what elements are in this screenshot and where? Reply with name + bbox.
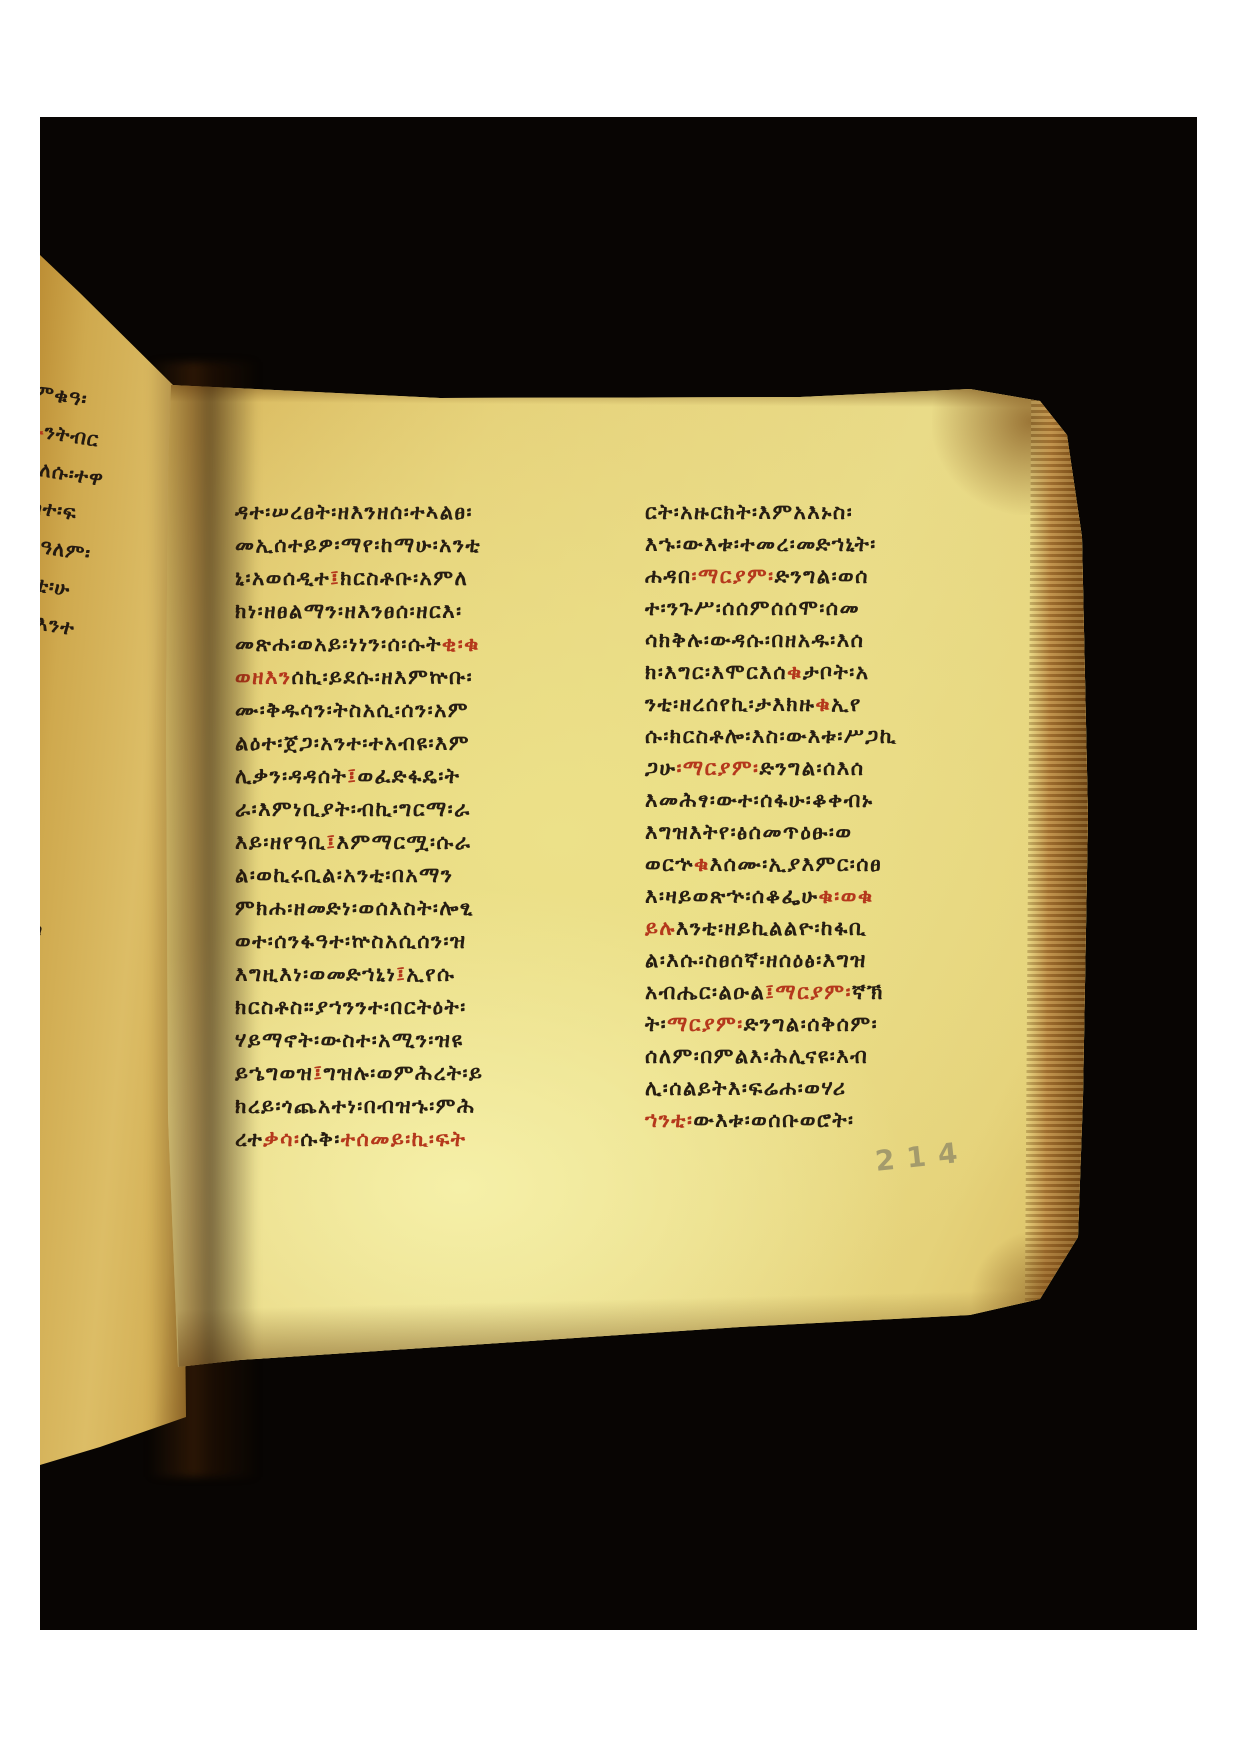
rubricated-text: ቁ: [815, 692, 831, 716]
text-line: ሃይማኖት፡ውስተ፡አሚን፡ዝዩ: [235, 1025, 597, 1058]
text-line: ሐዳበ፡ማርያም፡ድንግል፡ወሰ: [645, 561, 1065, 593]
text-line: ተ፡ንጉሥ፡ሰሰምሰሰሞ፡ሰመ: [645, 593, 1065, 625]
text-segment: ክነ፡ዘፀልማን፡ዘእንፀሰ፡ዘርእ፡: [235, 599, 463, 623]
text-segment: ኢየሱ: [406, 962, 455, 986]
text-segment: ክርስቶስ።ያኀንንተ፡በርትዕት፡: [235, 995, 467, 1019]
text-segment: ክርስቶቡ፡አምለ: [340, 566, 468, 590]
text-segment: ክረይ፡ጎጨአተነ፡በብዝኁ፡ምሕ: [235, 1094, 476, 1118]
text-line: እኁ፡ውእቱ፡ተመረ፡መድኀኒት፡: [645, 529, 1065, 561]
text-line: ጋሁ፡ማርያም፡ድንግል፡ሰእሰ: [645, 753, 1065, 785]
text-line: ወዘእንሰኪ፡ይደሱ፡ዘእምኵቡ፡: [235, 662, 597, 695]
text-segment: ንቲ፡ዘረሰየኪ፡ታእክዙ: [645, 692, 815, 716]
text-line: እመሕፃ፡ውተ፡ሰፋሁ፡ቆቀብኑ: [645, 785, 1065, 817]
text-segment: ሱ፡ዘይሰራ: [40, 676, 43, 712]
manuscript-photo: ወበምቁዓ፡ሰእላፉንትብር፡ወቈለሱ፡ተዋረን፡ውስተ፡ፍሥጢረ፡ዓለም፡ወዘ…: [40, 117, 1197, 1630]
text-line: እግዝእትየ፡ፅሰመጥዕፁ፡ወ: [645, 817, 1065, 849]
rubricated-text: ፤: [313, 1061, 323, 1085]
text-segment: መጽሐ፡ወአይ፡ነነን፡ሰ፡ሱት: [235, 632, 442, 656]
text-line: ሙ፡ቅዱሳን፡ትስአሲ፡ሰን፡አም: [235, 695, 597, 728]
rubricated-text: ፤: [396, 962, 406, 986]
text-line: አብሔር፡ልዑል፤ማርያም፡ኛኽ: [645, 977, 1065, 1009]
bottom-right-corner-stain: [970, 1227, 1100, 1327]
text-segment: እመሕፃ፡ውተ፡ሰፋሁ፡ቆቀብኑ: [645, 788, 874, 812]
text-segment: ኛኽ: [852, 980, 884, 1004]
text-line: ክረይ፡ጎጨአተነ፡በብዝኁ፡ምሕ: [235, 1091, 597, 1124]
text-segment: ል፡እሱ፡ስፀሰኛ፡ዘሰዕፅ፡እግዝ: [645, 948, 867, 972]
text-column-right: ርት፡አዙርክት፡እምአእኑስ፡እኁ፡ውእቱ፡ተመረ፡መድኀኒት፡ሐዳበ፡ማርያ…: [645, 497, 1065, 1137]
text-line: ል፡እሱ፡ስፀሰኛ፡ዘሰዕፅ፡እግዝ: [645, 945, 1065, 977]
text-line: መኢሰተይዎ፡ማየ፡ከማሁ፡አንቲ: [235, 530, 597, 563]
text-segment: ወተ፡ሰንፋዓተ፡ኵስአሲሰን፡ዝ: [235, 929, 467, 953]
text-segment: ቦ: [40, 917, 45, 943]
text-segment: እግዝእትየ፡ፅሰመጥዕፁ፡ወ: [645, 820, 852, 844]
rubricated-text: ፡ማርያም፡: [676, 756, 759, 780]
text-segment: ወርኍ: [645, 852, 694, 876]
text-segment: ውእቱ፡ወሰቡወሮት፡: [693, 1108, 854, 1132]
text-segment: ሰኪ፡ይደሱ፡ዘእምኵቡ፡: [292, 665, 474, 689]
text-segment: ሊ፡ሰልይትእ፡ፍሬሐ፡ወሃሪ: [645, 1076, 847, 1100]
text-line: ይሉእንቲ፡ዘይኪልልዮ፡ከፋቢ: [645, 913, 1065, 945]
text-line: ወተ፡ሰንፋዓተ፡ኵስአሲሰን፡ዝ: [235, 926, 597, 959]
text-segment: አብሔር፡ልዑል: [645, 980, 765, 1004]
text-segment: ተ፡ንጉሥ፡ሰሰምሰሰሞ፡ሰመ: [645, 596, 860, 620]
text-line: ኒ፡አወሰዲተ፤ክርስቶቡ፡አምለ: [235, 563, 597, 596]
text-line: ክርስቶስ።ያኀንንተ፡በርትዕት፡: [235, 992, 597, 1025]
text-line: ት፡ማርያም፡ድንግል፡ሰቅሰም፡: [645, 1009, 1065, 1041]
text-segment: ታቦት፡አ: [803, 660, 870, 684]
text-line: ል፡ወኪሩቢል፡አንቲ፡በአማን: [235, 860, 597, 893]
text-segment: ልዕተ፡ጀጋ፡አንተ፡ተአብዩ፡እም: [235, 731, 470, 755]
rubricated-text: ቁ፡ወቁ: [818, 884, 873, 908]
text-segment: ኢየ: [831, 692, 862, 716]
rubricated-text: ፤ማርያም፡: [765, 980, 852, 1004]
rubricated-text: ኀንቲ፡: [645, 1108, 693, 1132]
gutter-shadow: [148, 362, 258, 1477]
rubricated-text: ተሰመይ፡ኪ፡ፍት: [341, 1127, 467, 1151]
text-line: ረተቃሳ፡ሱቅ፡ተሰመይ፡ኪ፡ፍት: [235, 1124, 597, 1157]
text-segment: ት፡: [645, 1012, 667, 1036]
text-segment: ጋሁ: [645, 756, 676, 780]
text-segment: ንቲ፡ሁ: [40, 570, 72, 601]
text-line: ሱ፡ክርስቶሎ፡እስ፡ውእቱ፡ሥጋኪ: [645, 721, 1065, 753]
text-segment: ል፡ወኪሩቢል፡አንቲ፡በአማን: [235, 863, 453, 887]
text-segment: መኢሰተይዎ፡ማየ፡ከማሁ፡አንቲ: [235, 533, 481, 557]
text-line: ክ፡እግር፡እሞርእሰቁታቦት፡አ: [645, 657, 1065, 689]
text-segment: እ፡ዛይወጽኍ፡ሰቆፌሁ: [645, 884, 818, 908]
text-segment: ንትብር: [43, 419, 101, 451]
text-segment: ግዝሉ፡ወምሕረት፡ይ: [324, 1061, 484, 1085]
text-line: ክነ፡ዘፀልማን፡ዘእንፀሰ፡ዘርእ፡: [235, 596, 597, 629]
text-line: እይ፡ዘየዓቢ፤እምማርሟ፡ሱራ: [235, 827, 597, 860]
rubricated-text: ፤: [326, 830, 336, 854]
text-segment: ራ፡እምነቢያት፡ብኪ፡ግርማ፡ራ: [235, 797, 471, 821]
text-segment: ሃይማኖት፡ውስተ፡አሚን፡ዝዩ: [235, 1028, 463, 1052]
text-segment: እግዚእነ፡ወመድኀኒነ: [235, 962, 396, 986]
text-segment: ሙ፡ቅዱሳን፡ትስአሲ፡ሰን፡አም: [235, 698, 469, 722]
text-line: ርት፡አዙርክት፡እምአእኑስ፡: [645, 497, 1065, 529]
text-segment: ምክሐ፡ዘመድነ፡ወሰእስት፡ሎፂ: [235, 896, 474, 920]
text-segment: ክ፡እግር፡እሞርእሰ: [645, 660, 787, 684]
text-segment: ሳክቅሉ፡ውዳሱ፡በዘአዱ፡እሰ: [645, 628, 865, 652]
text-segment: ወበምቁዓ፡: [40, 375, 89, 411]
text-segment: ርት፡አዙርክት፡እምአእኑስ፡: [645, 500, 853, 524]
text-line: ንቲ፡ዘረሰየኪ፡ታእክዙቁኢየ: [645, 689, 1065, 721]
text-line: መጽሐ፡ወአይ፡ነነን፡ሰ፡ሱትቂ፡ቁ: [235, 629, 597, 662]
text-segment: ድንግል፡ሰቅሰም፡: [744, 1012, 878, 1036]
text-line: እግዚእነ፡ወመድኀኒነ፤ኢየሱ: [235, 959, 597, 992]
text-segment: ሰለም፡በምልእ፡ሕሊናዩ፡እብ: [645, 1044, 868, 1068]
text-segment: ሱ፡ክርስቶሎ፡እስ፡ውእቱ፡ሥጋኪ: [645, 724, 897, 748]
text-line: ሰለም፡በምልእ፡ሕሊናዩ፡እብ: [645, 1041, 1065, 1073]
text-segment: እሰሙ፡ኢያእምር፡ሰፀ: [710, 852, 882, 876]
text-segment: እምማርሟ፡ሱራ: [337, 830, 472, 854]
rubricated-text: ፤: [347, 764, 357, 788]
text-segment: ሐዳበ: [645, 564, 692, 588]
text-line: ዳተ፡ሠረፀት፡ዘእንዘሰ፡ተኣልፀ፡: [235, 497, 597, 530]
text-segment: ድንግል፡ሰእሰ: [760, 756, 865, 780]
text-segment: ዳተ፡ሠረፀት፡ዘእንዘሰ፡ተኣልፀ፡: [235, 500, 473, 524]
text-line: ልዕተ፡ጀጋ፡አንተ፡ተአብዩ፡እም: [235, 728, 597, 761]
text-segment: ወፈድፋዴ፡ት: [357, 764, 460, 788]
rubricated-text: ፤: [330, 566, 340, 590]
text-segment: እኁ፡ውእቱ፡ተመረ፡መድኀኒት፡: [645, 532, 877, 556]
rubricated-text: ቁ: [787, 660, 803, 684]
text-column-left: ዳተ፡ሠረፀት፡ዘእንዘሰ፡ተኣልፀ፡መኢሰተይዎ፡ማየ፡ከማሁ፡አንቲኒ፡አወ…: [235, 497, 597, 1157]
text-segment: እንቲ፡ዘይኪልልዮ፡ከፋቢ: [676, 916, 867, 940]
rubricated-text: ቁ: [694, 852, 710, 876]
rubricated-text: ማርያም፡: [667, 1012, 744, 1036]
text-line: ሊ፡ሰልይትእ፡ፍሬሐ፡ወሃሪ: [645, 1073, 1065, 1105]
text-line: ምክሐ፡ዘመድነ፡ወሰእስት፡ሎፂ: [235, 893, 597, 926]
rubricated-text: ቃሳ፡: [263, 1127, 300, 1151]
text-line: ኀንቲ፡ውእቱ፡ወሰቡወሮት፡: [645, 1105, 1065, 1137]
text-line: ሳክቅሉ፡ውዳሱ፡በዘአዱ፡እሰ: [645, 625, 1065, 657]
rubricated-text: ቂ፡ቁ: [442, 632, 480, 656]
text-segment: ሱቅ፡: [300, 1127, 340, 1151]
text-line: ይኄግወዝ፤ግዝሉ፡ወምሕረት፡ይ: [235, 1058, 597, 1091]
text-line: እ፡ዛይወጽኍ፡ሰቆፌሁቁ፡ወቁ: [645, 881, 1065, 913]
text-line: ሊቃን፡ዳዳሰት፤ወፈድፋዴ፡ት: [235, 761, 597, 794]
text-line: ራ፡እምነቢያት፡ብኪ፡ግርማ፡ራ: [235, 794, 597, 827]
rubricated-text: ፡ማርያም፡: [692, 564, 775, 588]
rubricated-text: ይሉ: [645, 916, 676, 940]
text-segment: ድንግል፡ወሰ: [775, 564, 869, 588]
page-bottom-edge-shading: [177, 1289, 1088, 1380]
pencil-page-number: 214: [874, 1135, 971, 1178]
text-line: ወርኍቁእሰሙ፡ኢያእምር፡ሰፀ: [645, 849, 1065, 881]
